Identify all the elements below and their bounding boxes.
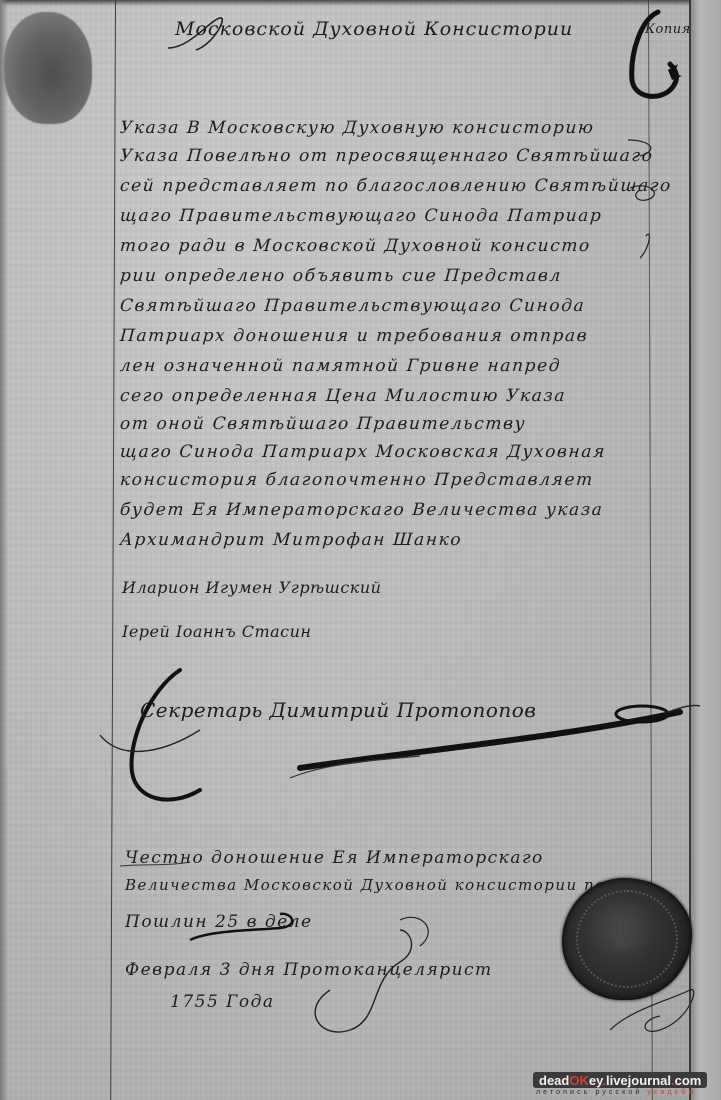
footer-line: Честно доношение Ея Императорскаго (125, 848, 544, 868)
body-line: сей представляет по благословлению Святѣ… (119, 176, 672, 196)
site-watermark: deadOKey.livejournal.com (533, 1072, 707, 1088)
footer-date-line: Февраля 3 дня Протоканцелярист (125, 960, 493, 980)
body-line: Архимандрит Митрофан Шанко (119, 530, 463, 550)
watermark-site: livejournal (606, 1073, 671, 1088)
body-line: консистория благопочтенно Представляет (119, 470, 594, 490)
watermark-accent: OK (569, 1073, 589, 1088)
body-line: Указа В Московскую Духовную консисторию (119, 118, 595, 138)
body-line: Патриарх доношения и требования отправ (119, 326, 589, 346)
footer-fee-line: Пошлин 25 в деле (125, 912, 313, 932)
footer-line: Величества Московской Духовной консистор… (125, 876, 652, 894)
signature-priest: Іерей Іоаннъ Стасин (122, 622, 311, 641)
document-heading: Московской Духовной Консистории (175, 18, 573, 40)
body-line: сего определенная Цена Милостию Указа (119, 386, 566, 406)
body-line: Указа Повелѣно от преосвященнаго Святѣйш… (119, 146, 654, 166)
corner-copy-mark: Копия (645, 22, 691, 37)
eagle-emblem-icon: ♛ (606, 914, 640, 958)
page-top-shadow (0, 0, 721, 6)
signature-hegumen: Иларион Игумен Угрѣшский (122, 578, 381, 597)
body-line: рии определено объявить сие Представл (119, 266, 562, 286)
wax-seal: ♛ (562, 878, 692, 1000)
body-line: будет Ея Императорскаго Величества указа (119, 500, 604, 520)
ink-stain (4, 12, 92, 124)
watermark-tagline-accent: усадьбы (647, 1089, 696, 1096)
body-line: Святѣйшаго Правительствующаго Синода (119, 296, 586, 316)
body-line: лен означенной памятной Гривне напред (119, 356, 562, 376)
page-right-fold (689, 0, 721, 1100)
page-left-edge (0, 0, 8, 1100)
watermark-tld: com (675, 1073, 702, 1088)
body-line: щаго Синода Патриарх Московская Духовная (119, 442, 606, 462)
left-margin-rule (110, 0, 116, 1100)
watermark-tagline-text: летопись русской (536, 1089, 642, 1096)
body-line: щаго Правительствующаго Синода Патриар (119, 206, 603, 226)
body-line: от оной Святѣйшаго Правительству (119, 414, 526, 434)
body-line: того ради в Московской Духовной консисто (119, 236, 591, 256)
watermark-tagline: летопись русской усадьбы (536, 1089, 697, 1096)
watermark-middle: ey (589, 1073, 603, 1088)
manuscript-page: Московской Духовной Консистории Копия Ук… (0, 0, 721, 1100)
signature-secretary: Секретарь Димитрий Протопопов (140, 698, 536, 722)
watermark-prefix: dead (539, 1073, 569, 1088)
footer-year-line: 1755 Года (170, 992, 275, 1012)
